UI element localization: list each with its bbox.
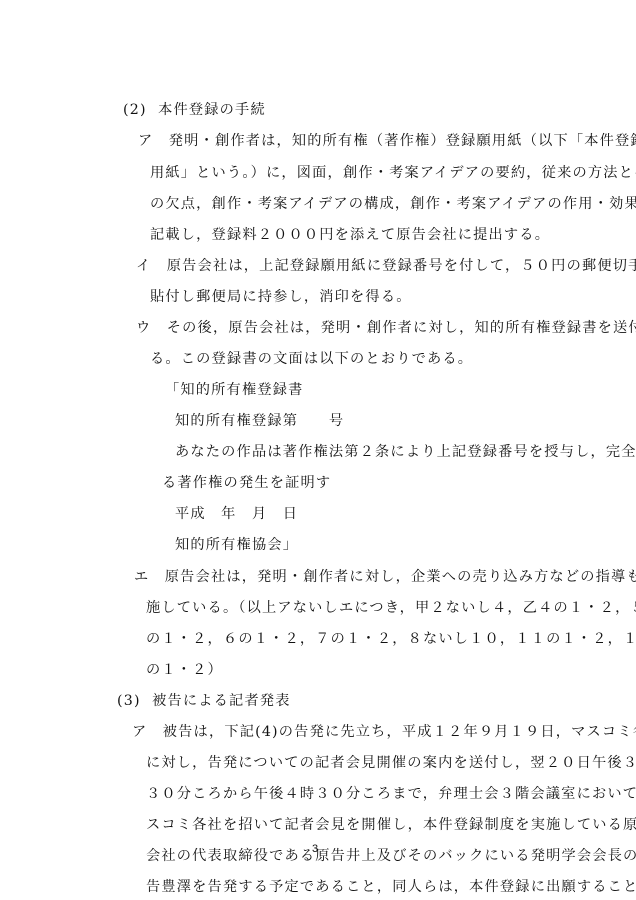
text-line: る著作権の発生を証明す: [162, 474, 331, 492]
text-line: スコミ各社を招いて記者会見を開催し，本件登録制度を実施している原告: [146, 816, 636, 834]
text-line: の１・２）: [146, 661, 223, 679]
text-line: 知的所有権協会」: [175, 536, 298, 554]
text-line: 用紙」という。）に，図面，創作・考案アイデアの要約，従来の方法とそ: [150, 164, 636, 182]
text-line: 平成 年 月 日: [175, 505, 298, 523]
page-number: 3: [312, 843, 318, 855]
text-line: あなたの作品は著作権法第２条により上記登録番号を授与し，完全な: [175, 443, 636, 461]
text-line: の欠点，創作・考案アイデアの構成，創作・考案アイデアの作用・効果を: [150, 195, 636, 213]
text-line: ３０分ころから午後４時３０分ころまで，弁理士会３階会議室においてマ: [146, 785, 636, 803]
text-line: 記載し，登録料２０００円を添えて原告会社に提出する。: [150, 226, 550, 244]
text-line: (3) 被告による記者発表: [117, 692, 291, 710]
text-line: 「知的所有権登録書: [165, 381, 304, 399]
text-line: ウ その後，原告会社は，発明・創作者に対し，知的所有権登録書を送付す: [136, 319, 636, 337]
text-line: 会社の代表取締役である原告井上及びそのバックにいる発明学会会長の原: [146, 847, 636, 865]
text-line: 施している。（以上アないしエにつき，甲２ないし４，乙４の１・２，５: [146, 599, 636, 617]
text-line: 告豊澤を告発する予定であること，同人らは，本件登録に出願することに: [146, 878, 636, 896]
text-line: る。この登録書の文面は以下のとおりである。: [150, 350, 473, 368]
text-line: エ 原告会社は，発明・創作者に対し，企業への売り込み方などの指導も実: [134, 568, 636, 586]
text-line: ア 発明・創作者は，知的所有権（著作権）登録願用紙（以下「本件登録願: [138, 132, 636, 150]
text-line: 知的所有権登録第 号: [175, 412, 344, 430]
text-line: (2) 本件登録の手続: [123, 101, 266, 119]
text-line: 貼付し郵便局に持参し，消印を得る。: [150, 288, 412, 306]
text-line: の１・２，６の１・２，７の１・２，８ないし１０，１１の１・２，１２: [146, 630, 636, 648]
text-line: イ 原告会社は，上記登録願用紙に登録番号を付して，５０円の郵便切手を: [136, 257, 636, 275]
text-line: ア 被告は，下記(4)の告発に先立ち，平成１２年９月１９日，マスコミ各社: [132, 723, 636, 741]
text-line: に対し，告発についての記者会見開催の案内を送付し，翌２０日午後３時: [146, 754, 636, 772]
document-page: (2) 本件登録の手続ア 発明・創作者は，知的所有権（著作権）登録願用紙（以下「…: [0, 0, 636, 900]
